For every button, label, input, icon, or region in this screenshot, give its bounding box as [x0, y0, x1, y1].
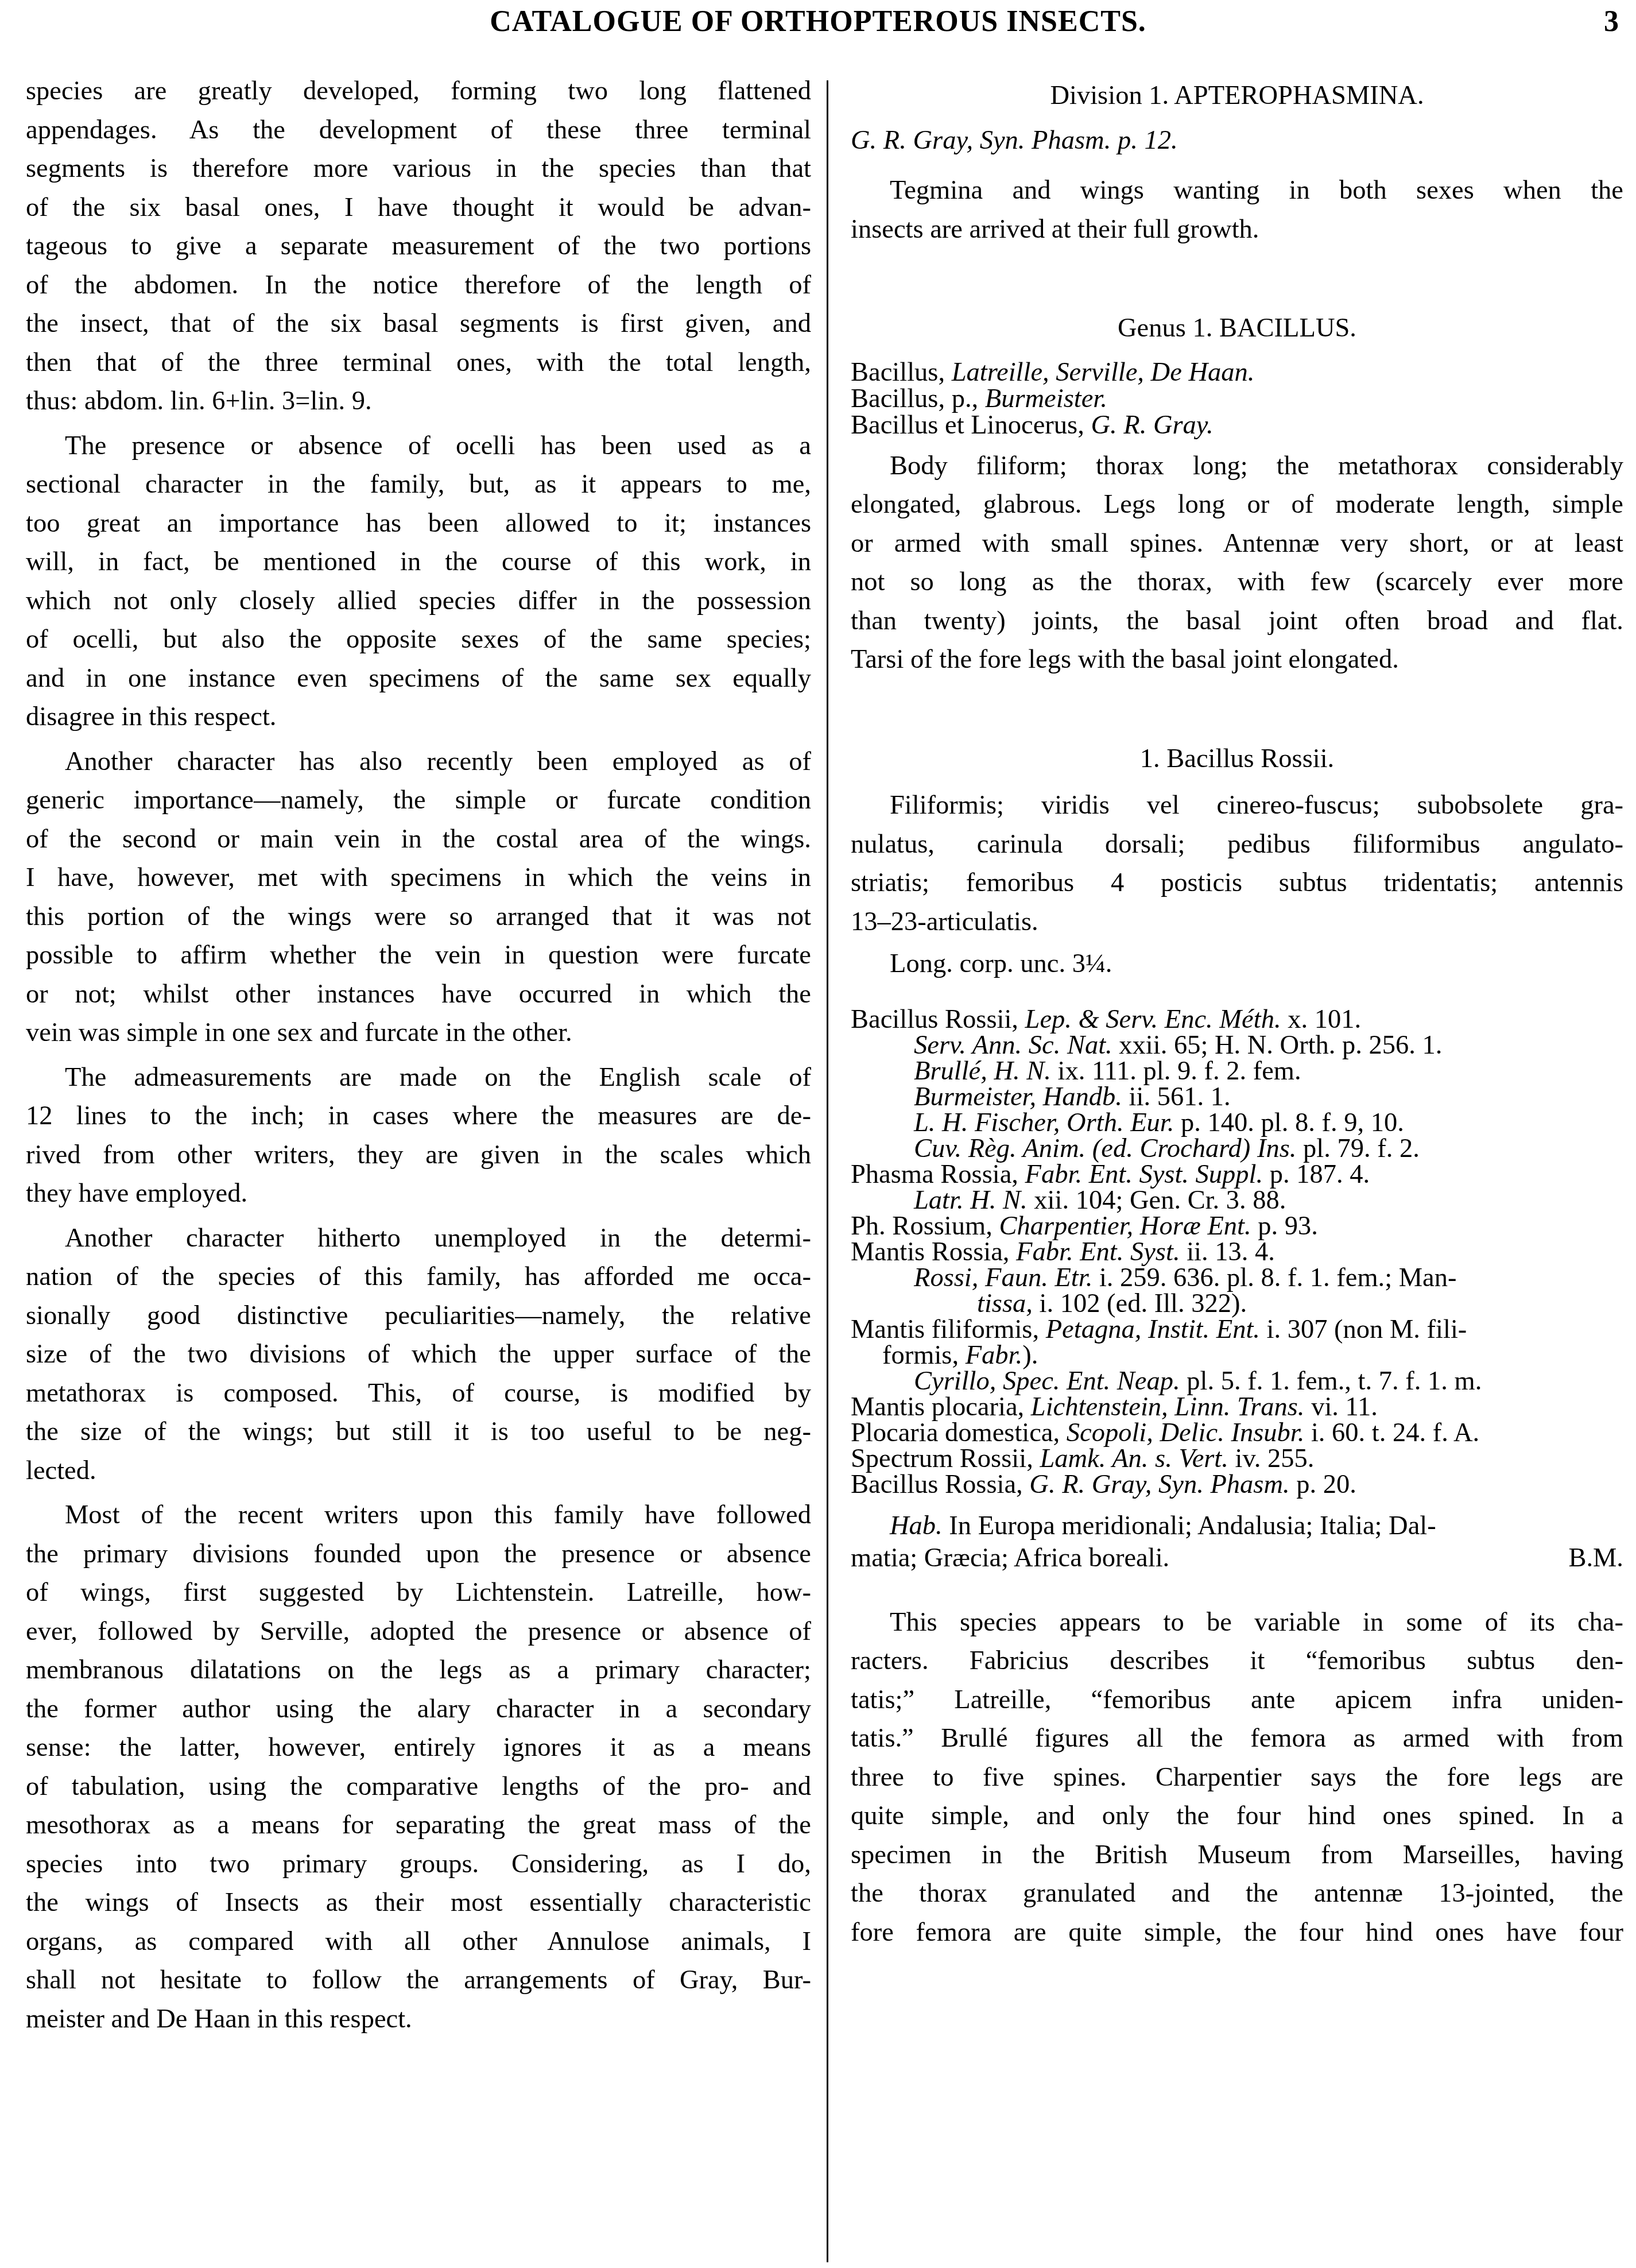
text-line: Body filiform; thorax long; the metathor…: [851, 447, 1623, 486]
citation-italic: Fabr. Ent. Syst. Suppl.: [1025, 1160, 1263, 1189]
division-heading: Division 1. APTEROPHASMINA.: [851, 76, 1623, 115]
paragraph: Most of the recent writers upon this fam…: [26, 1496, 811, 2038]
citation-roman: Bacillus Rossia,: [851, 1470, 1029, 1499]
text-line: of ocelli, but also the opposite sexes o…: [26, 620, 811, 659]
text-line: of the abdomen. In the notice therefore …: [26, 266, 811, 305]
text-line: this portion of the wings were so arrang…: [26, 897, 811, 936]
text-line: the primary divisions founded upon the p…: [26, 1535, 811, 1574]
division-description: Tegmina and wings wanting in both sexes …: [851, 171, 1623, 249]
text-line: which not only closely allied species di…: [26, 582, 811, 621]
citation-rest: xii. 104; Gen. Cr. 3. 88.: [1028, 1186, 1286, 1215]
citation-rest: iv. 255.: [1228, 1444, 1314, 1473]
citation-italic: Serv. Ann. Sc. Nat.: [914, 1031, 1112, 1060]
collection-mark: B.M.: [1568, 1542, 1623, 1574]
text-line: of wings, first suggested by Lichtenstei…: [26, 1573, 811, 1612]
citation-rest: i. 259. 636. pl. 8. f. 1. fem.; Man-: [1092, 1263, 1456, 1292]
citation-line: Cuv. Règ. Anim. (ed. Crochard) Ins. pl. …: [851, 1136, 1623, 1162]
citation-italic: Fabr.: [966, 1341, 1022, 1370]
text-line: generic importance—namely, the simple or…: [26, 781, 811, 820]
page-header: CATALOGUE OF ORTHOPTEROUS INSECTS. 3: [0, 0, 1636, 52]
citation-rest: ).: [1022, 1341, 1038, 1370]
citation-line: Bacillus Rossia, G. R. Gray, Syn. Phasm.…: [851, 1472, 1623, 1497]
text-line: sense: the latter, however, entirely ign…: [26, 1728, 811, 1767]
synonym-authority: G. R. Gray.: [1091, 411, 1213, 440]
left-column: species are greatly developed, forming t…: [26, 72, 811, 2038]
text-line: tatis;” Latreille, “femoribus ante apice…: [851, 1681, 1623, 1720]
text-line: specimen in the British Museum from Mars…: [851, 1836, 1623, 1875]
paragraph: Another character hitherto unemployed in…: [26, 1219, 811, 1491]
text-line: racters. Fabricius describes it “femorib…: [851, 1642, 1623, 1681]
citation-rest: p. 140. pl. 8. f. 9, 10.: [1174, 1108, 1404, 1137]
citation-italic: Lep. & Serv. Enc. Méth.: [1025, 1005, 1281, 1034]
habitat-line: Hab. In Europa meridionali; Andalusia; I…: [851, 1510, 1623, 1542]
page-number: 3: [1604, 5, 1619, 38]
citation-roman: Bacillus Rossii,: [851, 1005, 1025, 1034]
right-column: Division 1. APTEROPHASMINA. G. R. Gray, …: [851, 72, 1623, 1952]
citation-line: tissa, i. 102 (ed. Ill. 322).: [851, 1291, 1623, 1317]
text-line: quite simple, and only the four hind one…: [851, 1797, 1623, 1836]
citation-line: Latr. H. N. xii. 104; Gen. Cr. 3. 88.: [851, 1187, 1623, 1213]
citation-roman: Phasma Rossia,: [851, 1160, 1025, 1189]
text-line: the thorax granulated and the antennæ 13…: [851, 1874, 1623, 1913]
synonym-name: Bacillus, p.,: [851, 384, 985, 413]
citation-line: Ph. Rossium, Charpentier, Horæ Ent. p. 9…: [851, 1213, 1623, 1239]
text-line: size of the two divisions of which the u…: [26, 1335, 811, 1374]
text-line: species are greatly developed, forming t…: [26, 72, 811, 111]
habitat: Hab. In Europa meridionali; Andalusia; I…: [851, 1510, 1623, 1574]
citation-italic: Cuv. Règ. Anim. (ed. Crochard) Ins.: [914, 1134, 1296, 1163]
citation-italic: Lamk. An. s. Vert.: [1040, 1444, 1228, 1473]
text-line: segments is therefore more various in th…: [26, 149, 811, 188]
citation-italic: L. H. Fischer, Orth. Eur.: [914, 1108, 1174, 1137]
synonym-line: Bacillus, Latreille, Serville, De Haan.: [851, 359, 1623, 386]
text-line: Another character hitherto unemployed in…: [26, 1219, 811, 1258]
habitat-line: matia; Græcia; Africa boreali.B.M.: [851, 1542, 1623, 1574]
genus-synonyms: Bacillus, Latreille, Serville, De Haan. …: [851, 359, 1623, 439]
citation-line: Serv. Ann. Sc. Nat. xxii. 65; H. N. Orth…: [851, 1032, 1623, 1058]
citation-italic: Latr. H. N.: [914, 1186, 1028, 1215]
citation-italic: Burmeister, Handb.: [914, 1082, 1122, 1112]
citation-italic: Petagna, Instit. Ent.: [1046, 1315, 1260, 1344]
text-line: three to five spines. Charpentier says t…: [851, 1758, 1623, 1797]
genus-heading: Genus 1. BACILLUS.: [851, 309, 1623, 348]
text-line: appendages. As the development of these …: [26, 111, 811, 150]
citation-list: Bacillus Rossii, Lep. & Serv. Enc. Méth.…: [851, 1007, 1623, 1497]
citation-italic: Brullé, H. N.: [914, 1056, 1051, 1086]
citation-roman: formis,: [882, 1341, 966, 1370]
text-line: of the second or main vein in the costal…: [26, 820, 811, 859]
citation-italic: Fabr. Ent. Syst.: [1016, 1237, 1180, 1267]
paragraph: The presence or absence of ocelli has be…: [26, 427, 811, 737]
text-line: or not; whilst other instances have occu…: [26, 975, 811, 1014]
citation-rest: pl. 5. f. 1. fem., t. 7. f. 1. m.: [1180, 1367, 1482, 1396]
citation-rest: i. 60. t. 24. f. A.: [1304, 1418, 1479, 1448]
citation-line: Mantis filiformis, Petagna, Instit. Ent.…: [851, 1317, 1623, 1342]
text-line: tatis.” Brullé figures all the femora as…: [851, 1719, 1623, 1758]
text-line: the insect, that of the six basal segmen…: [26, 304, 811, 343]
species-measurement: Long. corp. unc. 3¼.: [851, 945, 1623, 984]
text-line: striatis; femoribus 4 posticis subtus tr…: [851, 864, 1623, 903]
citation-roman: Mantis filiformis,: [851, 1315, 1046, 1344]
citation-line: Rossi, Faun. Etr. i. 259. 636. pl. 8. f.…: [851, 1265, 1623, 1291]
text-line: and in one instance even specimens of th…: [26, 659, 811, 698]
citation-line: Mantis Rossia, Fabr. Ent. Syst. ii. 13. …: [851, 1239, 1623, 1265]
genus-description: Body filiform; thorax long; the metathor…: [851, 447, 1623, 679]
text-line: tageous to give a separate measurement o…: [26, 227, 811, 266]
citation-rest: pl. 79. f. 2.: [1296, 1134, 1419, 1163]
text-line: thus: abdom. lin. 6+lin. 3=lin. 9.: [26, 382, 811, 421]
species-heading: 1. Bacillus Rossii.: [851, 740, 1623, 779]
citation-rest: p. 93.: [1251, 1212, 1318, 1241]
text-line: Tegmina and wings wanting in both sexes …: [851, 171, 1623, 210]
column-divider: [827, 80, 828, 2262]
text-line: Tarsi of the fore legs with the basal jo…: [851, 640, 1623, 679]
text-line: nation of the species of this family, ha…: [26, 1257, 811, 1296]
citation-line: Burmeister, Handb. ii. 561. 1.: [851, 1084, 1623, 1110]
citation-line: Phasma Rossia, Fabr. Ent. Syst. Suppl. p…: [851, 1162, 1623, 1187]
text-line: than twenty) joints, the basal joint oft…: [851, 602, 1623, 641]
species-diagnosis: Filiformis; viridis vel cinereo-fuscus; …: [851, 786, 1623, 941]
text-line: or armed with small spines. Antennæ very…: [851, 524, 1623, 563]
text-line: of tabulation, using the comparative len…: [26, 1767, 811, 1806]
text-line: sectional character in the family, but, …: [26, 465, 811, 504]
citation-line: Spectrum Rossii, Lamk. An. s. Vert. iv. …: [851, 1446, 1623, 1472]
citation-roman: Plocaria domestica,: [851, 1418, 1067, 1448]
running-title: CATALOGUE OF ORTHOPTEROUS INSECTS.: [0, 5, 1636, 38]
text-line: of the six basal ones, I have thought it…: [26, 188, 811, 227]
text-line: metathorax is composed. This, of course,…: [26, 1374, 811, 1413]
citation-italic: Charpentier, Horæ Ent.: [999, 1212, 1251, 1241]
text-line: meister and De Haan in this respect.: [26, 2000, 811, 2039]
habitat-text: matia; Græcia; Africa boreali.: [851, 1543, 1169, 1573]
synonym-authority: Burmeister.: [985, 384, 1107, 413]
paragraph: Another character has also recently been…: [26, 742, 811, 1052]
citation-line: formis, Fabr.).: [851, 1342, 1623, 1368]
citation-italic: tissa,: [977, 1289, 1033, 1318]
citation-rest: vi. 11.: [1305, 1392, 1378, 1422]
citation-italic: Lichtenstein, Linn. Trans.: [1031, 1392, 1305, 1422]
species-remarks: This species appears to be variable in s…: [851, 1603, 1623, 1952]
text-line: too great an importance has been allowed…: [26, 504, 811, 543]
citation-roman: Spectrum Rossii,: [851, 1444, 1040, 1473]
division-reference: G. R. Gray, Syn. Phasm. p. 12.: [851, 121, 1623, 160]
synonym-line: Bacillus et Linocerus, G. R. Gray.: [851, 412, 1623, 439]
text-line: nulatus, carinula dorsali; pedibus filif…: [851, 825, 1623, 864]
citation-line: Bacillus Rossii, Lep. & Serv. Enc. Méth.…: [851, 1007, 1623, 1032]
text-line: The admeasurements are made on the Engli…: [26, 1058, 811, 1097]
text-line: disagree in this respect.: [26, 698, 811, 737]
citation-rest: p. 187. 4.: [1263, 1160, 1370, 1189]
citation-rest: x. 101.: [1281, 1005, 1362, 1034]
citation-rest: i. 307 (non M. fili-: [1260, 1315, 1467, 1344]
paragraph: species are greatly developed, forming t…: [26, 72, 811, 421]
text-line: rived from other writers, they are given…: [26, 1136, 811, 1175]
citation-italic: Rossi, Faun. Etr.: [914, 1263, 1092, 1292]
text-line: Another character has also recently been…: [26, 742, 811, 781]
text-line: organs, as compared with all other Annul…: [26, 1922, 811, 1961]
citation-rest: i. 102 (ed. Ill. 322).: [1033, 1289, 1247, 1318]
citation-italic: G. R. Gray, Syn. Phasm.: [1029, 1470, 1289, 1499]
text-line: shall not hesitate to follow the arrange…: [26, 1961, 811, 2000]
citation-rest: ii. 561. 1.: [1122, 1082, 1231, 1112]
text-line: species into two primary groups. Conside…: [26, 1845, 811, 1884]
text-line: mesothorax as a means for separating the…: [26, 1806, 811, 1845]
text-line: ever, followed by Serville, adopted the …: [26, 1612, 811, 1651]
text-line: not so long as the thorax, with few (sca…: [851, 563, 1623, 602]
text-line: vein was simple in one sex and furcate i…: [26, 1013, 811, 1052]
text-line: This species appears to be variable in s…: [851, 1603, 1623, 1642]
citation-roman: Mantis Rossia,: [851, 1237, 1016, 1267]
citation-italic: Scopoli, Delic. Insubr.: [1067, 1418, 1305, 1448]
citation-line: Mantis plocaria, Lichtenstein, Linn. Tra…: [851, 1394, 1623, 1420]
citation-rest: xxii. 65; H. N. Orth. p. 256. 1.: [1112, 1031, 1443, 1060]
text-line: the size of the wings; but still it is t…: [26, 1412, 811, 1452]
synonym-name: Bacillus et Linocerus,: [851, 411, 1091, 440]
text-line: lected.: [26, 1452, 811, 1491]
habitat-label: Hab.: [890, 1511, 943, 1541]
text-line: will, in fact, be mentioned in the cours…: [26, 543, 811, 582]
synonym-name: Bacillus,: [851, 358, 952, 387]
text-line: membranous dilatations on the legs as a …: [26, 1651, 811, 1690]
text-line: sionally good distinctive peculiarities—…: [26, 1296, 811, 1336]
paragraph: The admeasurements are made on the Engli…: [26, 1058, 811, 1213]
citation-line: Brullé, H. N. ix. 111. pl. 9. f. 2. fem.: [851, 1058, 1623, 1084]
text-line: Filiformis; viridis vel cinereo-fuscus; …: [851, 786, 1623, 825]
citation-line: Plocaria domestica, Scopoli, Delic. Insu…: [851, 1420, 1623, 1446]
habitat-text: In Europa meridionali; Andalusia; Italia…: [943, 1511, 1436, 1541]
text-line: Most of the recent writers upon this fam…: [26, 1496, 811, 1535]
citation-line: L. H. Fischer, Orth. Eur. p. 140. pl. 8.…: [851, 1110, 1623, 1136]
citation-line: Cyrillo, Spec. Ent. Neap. pl. 5. f. 1. f…: [851, 1368, 1623, 1394]
text-line: they have employed.: [26, 1174, 811, 1213]
text-line: fore femora are quite simple, the four h…: [851, 1913, 1623, 1952]
citation-rest: ii. 13. 4.: [1180, 1237, 1275, 1267]
text-line: The presence or absence of ocelli has be…: [26, 427, 811, 466]
text-line: 13–23-articulatis.: [851, 903, 1623, 942]
synonym-line: Bacillus, p., Burmeister.: [851, 386, 1623, 412]
citation-italic: Cyrillo, Spec. Ent. Neap.: [914, 1367, 1180, 1396]
text-line: insects are arrived at their full growth…: [851, 210, 1623, 249]
text-line: then that of the three terminal ones, wi…: [26, 343, 811, 382]
citation-rest: p. 20.: [1290, 1470, 1356, 1499]
text-line: possible to affirm whether the vein in q…: [26, 936, 811, 975]
text-line: I have, however, met with specimens in w…: [26, 858, 811, 897]
text-line: the wings of Insects as their most essen…: [26, 1883, 811, 1922]
citation-roman: Ph. Rossium,: [851, 1212, 999, 1241]
text-line: elongated, glabrous. Legs long or of mod…: [851, 485, 1623, 524]
citation-roman: Mantis plocaria,: [851, 1392, 1031, 1422]
citation-rest: ix. 111. pl. 9. f. 2. fem.: [1051, 1056, 1301, 1086]
text-line: the former author using the alary charac…: [26, 1690, 811, 1729]
text-line: 12 lines to the inch; in cases where the…: [26, 1097, 811, 1136]
synonym-authority: Latreille, Serville, De Haan.: [952, 358, 1255, 387]
